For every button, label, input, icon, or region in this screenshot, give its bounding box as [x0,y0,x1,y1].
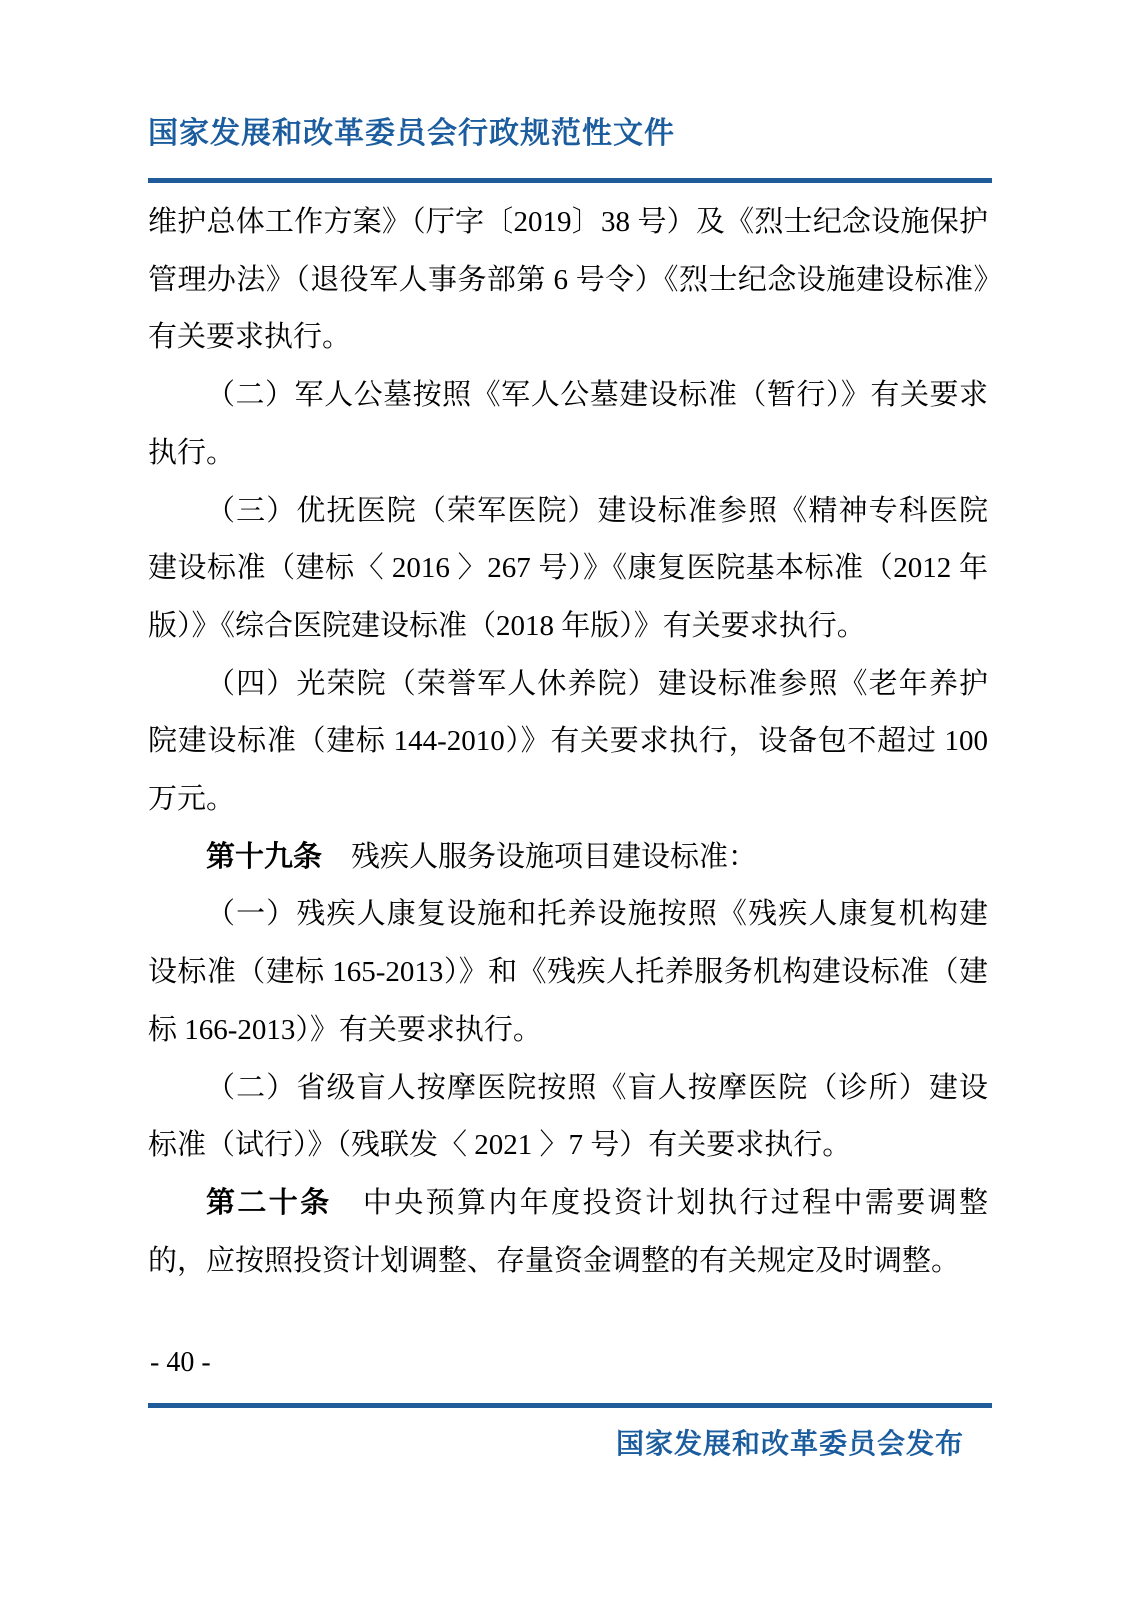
page-header: 国家发展和改革委员会行政规范性文件 [148,112,992,183]
document-page: 国家发展和改革委员会行政规范性文件 维护总体工作方案》（厅字〔2019〕38 号… [0,0,1131,1600]
paragraph-text: （四）光荣院（荣誉军人休养院）建设标准参照《老年养护院建设标准（建标 144-2… [148,668,988,815]
document-body: 维护总体工作方案》（厅字〔2019〕38 号）及《烈士纪念设施保护管理办法》（退… [148,194,988,1290]
body-paragraph: （一）残疾人康复设施和托养设施按照《残疾人康复机构建设标准（建标 165-201… [148,886,988,1059]
publisher-label: 国家发展和改革委员会发布 [616,1424,964,1464]
body-paragraph: （三）优抚医院（荣军医院）建设标准参照《精神专科医院建设标准（建标〈 2016 … [148,483,988,656]
body-paragraph-article-20: 第二十条 中央预算内年度投资计划执行过程中需要调整的，应按照投资计划调整、存量资… [148,1175,988,1290]
page-number: - 40 - [150,1343,211,1383]
body-paragraph-article-19: 第十九条 残疾人服务设施项目建设标准： [148,829,988,887]
paragraph-text: 残疾人服务设施项目建设标准： [322,841,757,873]
paragraph-text: （三）优抚医院（荣军医院）建设标准参照《精神专科医院建设标准（建标〈 2016 … [148,495,988,642]
article-number-label: 第十九条 [206,841,322,873]
body-paragraph: （四）光荣院（荣誉军人休养院）建设标准参照《老年养护院建设标准（建标 144-2… [148,656,988,829]
header-divider [148,178,992,183]
document-type-title: 国家发展和改革委员会行政规范性文件 [148,112,992,156]
article-number-label: 第二十条 [206,1187,332,1219]
paragraph-text: 维护总体工作方案》（厅字〔2019〕38 号）及《烈士纪念设施保护管理办法》（退… [148,206,988,353]
footer-divider [148,1403,992,1408]
body-paragraph: （二）军人公墓按照《军人公墓建设标准（暂行）》有关要求执行。 [148,367,988,482]
paragraph-text: （二）军人公墓按照《军人公墓建设标准（暂行）》有关要求执行。 [148,379,988,469]
paragraph-text: （二）省级盲人按摩医院按照《盲人按摩医院（诊所）建设标准（试行）》（残联发〈 2… [148,1072,988,1162]
paragraph-text: （一）残疾人康复设施和托养设施按照《残疾人康复机构建设标准（建标 165-201… [148,898,988,1045]
body-paragraph: （二）省级盲人按摩医院按照《盲人按摩医院（诊所）建设标准（试行）》（残联发〈 2… [148,1060,988,1175]
body-paragraph: 维护总体工作方案》（厅字〔2019〕38 号）及《烈士纪念设施保护管理办法》（退… [148,194,988,367]
